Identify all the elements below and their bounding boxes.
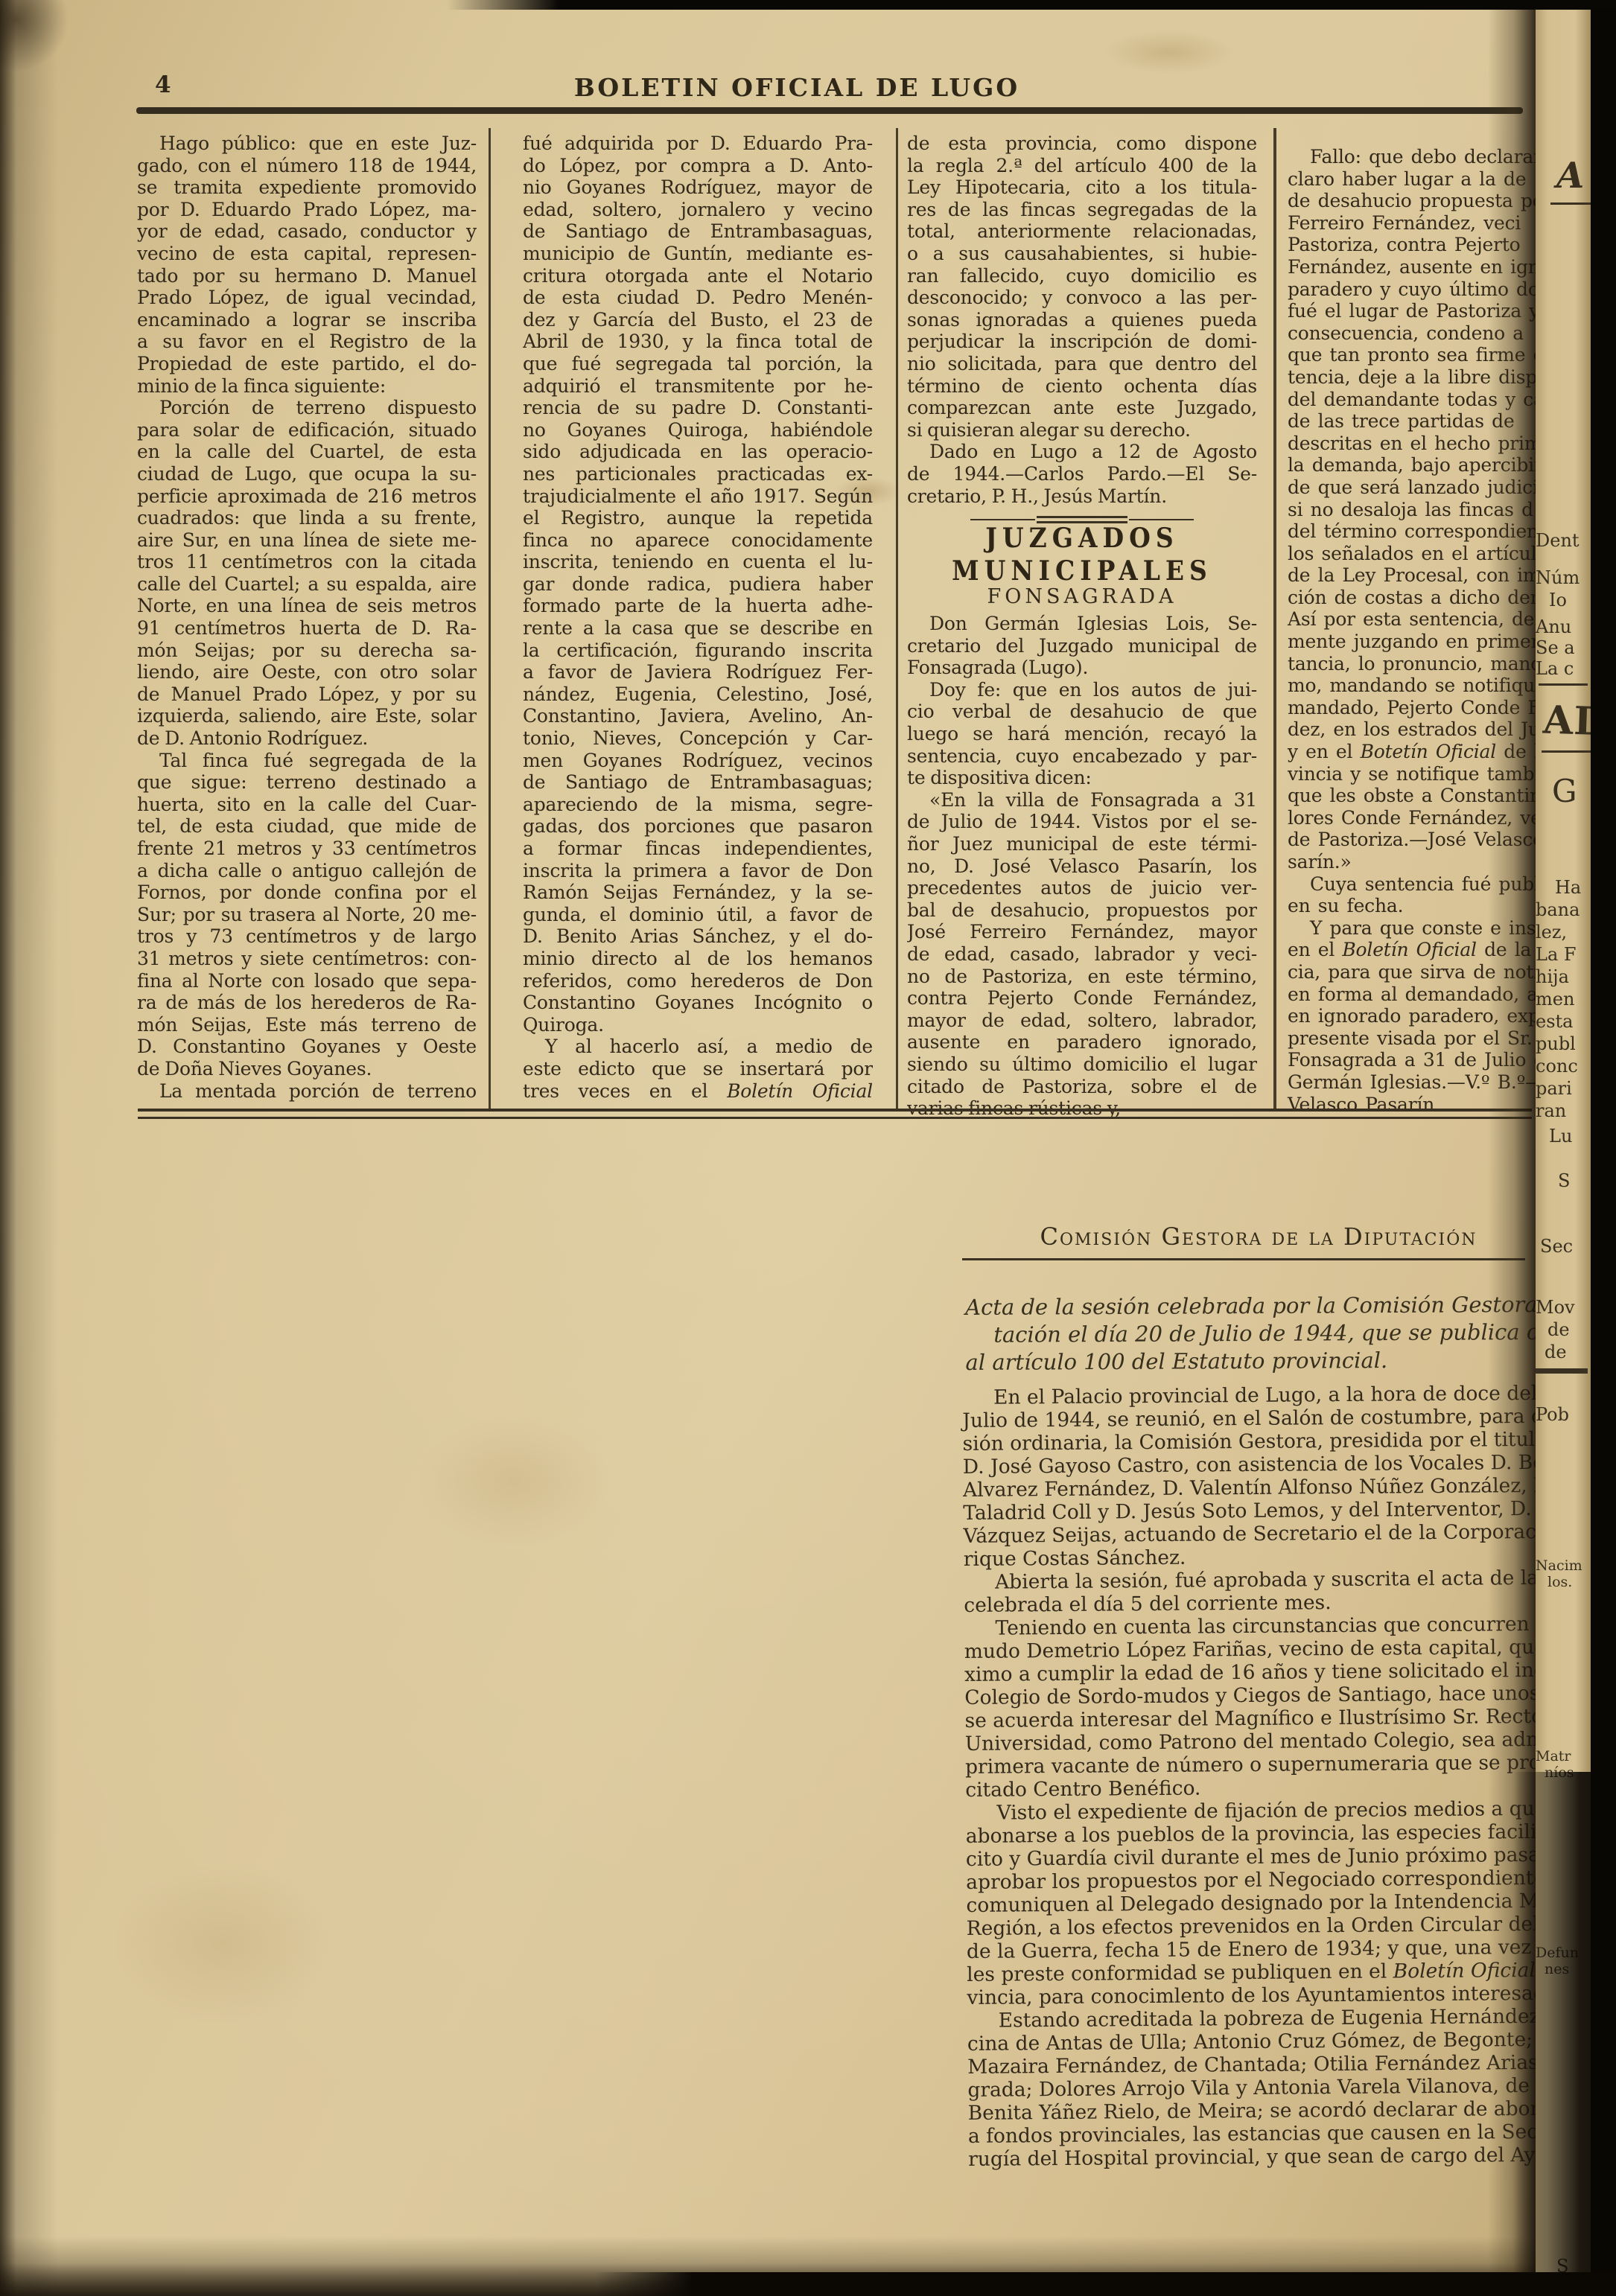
- edge-text-fragment: Se a: [1536, 637, 1575, 658]
- text-line: izquierda, saliendo, aire Este, solar: [137, 705, 477, 727]
- text-line: siendo su último domicilio el lugar: [907, 1053, 1257, 1076]
- edge-text-fragment: Nacim: [1536, 1557, 1582, 1574]
- text-line: adquirió el transmitente por he-: [523, 375, 873, 398]
- text-line: dez y García del Busto, el 23 de: [523, 309, 873, 331]
- text-line: yor de edad, casado, conductor y: [137, 220, 477, 243]
- column-2: fué adquirida por D. Eduardo Pra-do Lópe…: [523, 133, 873, 1102]
- text-line: de esta ciudad D. Pedro Menén-: [523, 287, 873, 309]
- edge-rule-fragment: [1539, 683, 1588, 686]
- text-line: o a sus causahabientes, si hubie-: [907, 243, 1257, 265]
- edge-text-fragment: de: [1547, 1319, 1570, 1340]
- text-line: edad, soltero, jornalero y vecino: [523, 199, 873, 221]
- text-line: de D. Antonio Rodríguez.: [137, 727, 477, 750]
- edge-text-fragment: esta: [1536, 1011, 1573, 1032]
- text-line: por D. Eduardo Prado López, ma-: [137, 199, 477, 221]
- edge-text-fragment: pari: [1536, 1078, 1572, 1099]
- text-line: D. Constantino Goyanes y Oeste: [137, 1036, 477, 1058]
- text-line: món Seijas; por su derecha sa-: [137, 640, 477, 662]
- text-line: 31 metros y siete centímetros: con-: [137, 948, 477, 970]
- text-line: sentencia, cuyo encabezado y par-: [907, 745, 1257, 768]
- text-line: Abril de 1930, y la finca total de: [523, 331, 873, 353]
- edge-text-fragment: Ha: [1555, 877, 1581, 898]
- text-line: tado por su hermano D. Manuel: [137, 265, 477, 287]
- paper-stain: [112, 1861, 335, 2025]
- text-line: la regla 2.ª del artículo 400 de la: [907, 155, 1257, 177]
- text-line: fina al Norte con losado que sepa-: [137, 970, 477, 992]
- text-line: gadas, dos porciones que pasaron: [523, 815, 873, 838]
- text-line: Fornos, por donde confina por el: [137, 881, 477, 904]
- text-line: el Registro, aunque la repetida: [523, 507, 873, 529]
- section-end-rule: [138, 1109, 1532, 1112]
- text-line: Y al hacerlo así, a medio de: [523, 1036, 873, 1058]
- text-line: a dicha calle o antiguo callejón de: [137, 860, 477, 882]
- text-line: inscrita, teniendo en cuenta el lu-: [523, 551, 873, 573]
- text-line: minio directo al de los hemanos: [523, 948, 873, 970]
- text-line: men Goyanes Rodríguez, vecinos: [523, 750, 873, 772]
- text-line: Constantino, Javiera, Avelino, An-: [523, 705, 873, 727]
- text-line: Fonsagrada (Lugo).: [907, 657, 1257, 679]
- edge-rule-fragment: [1542, 750, 1591, 753]
- scan-edge-bottom: [596, 2272, 1616, 2296]
- edge-text-fragment: Pob: [1536, 1404, 1569, 1425]
- text-line: nández, Eugenia, Celestino, José,: [523, 683, 873, 706]
- text-line: minio de la finca siguiente:: [137, 375, 477, 398]
- section-end-rule: [138, 1117, 1532, 1119]
- text-line: este edicto que se insertará por: [523, 1058, 873, 1080]
- edge-text-fragment: G: [1552, 773, 1577, 809]
- text-line: no de Pastoriza, en este término,: [907, 966, 1257, 988]
- edge-text-fragment: Io: [1549, 590, 1567, 610]
- text-line: encaminado a lograr se inscriba: [137, 309, 477, 331]
- scanned-bulletin-page: 4 BOLETIN OFICIAL DE LUGO Hago público: …: [0, 0, 1616, 2296]
- edge-text-fragment: lez,: [1536, 922, 1567, 943]
- text-line: vecino de esta capital, represen-: [137, 243, 477, 265]
- text-line: gado, con el número 118 de 1944,: [137, 155, 477, 177]
- column-divider-rule: [489, 128, 491, 1109]
- text-line: Constantino Goyanes Incógnito o: [523, 992, 873, 1014]
- text-line: Don Germán Iglesias Lois, Se-: [907, 613, 1257, 635]
- text-line: finca no aparece conocidamente: [523, 529, 873, 552]
- text-line: bal de desahucio, propuestos por: [907, 899, 1257, 922]
- gestora-heading-rule: [962, 1258, 1525, 1260]
- edge-text-fragment: Dent: [1536, 530, 1580, 551]
- text-line: apareciendo de la misma, segre-: [523, 794, 873, 816]
- text-line: tonio, Nieves, Concepción y Car-: [523, 727, 873, 750]
- edge-text-fragment: La c: [1536, 658, 1574, 679]
- text-line: Ramón Seijas Fernández, y la se-: [523, 881, 873, 904]
- text-line: cretario, P. H., Jesús Martín.: [907, 485, 1257, 508]
- edge-text-fragment: Sec: [1540, 1236, 1573, 1257]
- page-number: 4: [155, 71, 171, 98]
- text-line: se tramita expediente promovido: [137, 176, 477, 199]
- edge-text-fragment: ran: [1536, 1100, 1566, 1121]
- text-line: sonas ignoradas a quienes pueda: [907, 309, 1257, 331]
- text-line: món Seijas, Este más terreno de: [137, 1014, 477, 1036]
- text-line: critura otorgada ante el Notario: [523, 265, 873, 287]
- text-line: precedentes autos de juicio ver-: [907, 877, 1257, 899]
- text-line: Tal finca fué segregada de la: [137, 750, 477, 772]
- text-line: tros 11 centímetros con la citada: [137, 551, 477, 573]
- text-line: formado parte de la huerta adhe-: [523, 595, 873, 617]
- text-line: comparezcan ante este Juzgado,: [907, 397, 1257, 419]
- text-line: rente a la casa que se describe en: [523, 617, 873, 640]
- text-line: Sur; por su trasera al Norte, 20 me-: [137, 904, 477, 926]
- column-1: Hago público: que en este Juz-gado, con …: [137, 133, 477, 1102]
- paper-stain: [1102, 30, 1236, 74]
- edge-text-fragment: conc: [1536, 1056, 1578, 1077]
- text-line: Ley Hipotecaria, cito a los titula-: [907, 176, 1257, 199]
- text-line: Dado en Lugo a 12 de Agosto: [907, 441, 1257, 463]
- text-line: nes particionales practicadas ex-: [523, 463, 873, 485]
- text-line: de Santiago de Entrambasaguas,: [523, 220, 873, 243]
- text-line: contra Pejerto Conde Fernández,: [907, 987, 1257, 1010]
- edge-text-fragment: publ: [1536, 1033, 1576, 1054]
- text-line: tel, de esta ciudad, que mide de: [137, 815, 477, 838]
- text-line: de Santiago de Entrambasaguas;: [523, 771, 873, 794]
- text-line-left: Velasco Pasarín.: [1288, 1094, 1440, 1116]
- page-title: BOLETIN OFICIAL DE LUGO: [313, 73, 1281, 102]
- text-line: luego se hará mención, recayó la: [907, 723, 1257, 745]
- text-line: tres veces en el Boletín Oficial: [523, 1080, 873, 1103]
- text-line: gar donde radica, pudiera haber: [523, 573, 873, 596]
- text-line: cuadrados: que linda a su frente,: [137, 507, 477, 529]
- text-line: sido adjudicada en las operacio-: [523, 441, 873, 463]
- section-subheading: FONSAGRADA: [907, 584, 1257, 610]
- text-line: rencia de su padre D. Constanti-: [523, 397, 873, 419]
- text-line: tros y 73 centímetros y de largo: [137, 925, 477, 948]
- text-line: municipio de Guntín, mediante es-: [523, 243, 873, 265]
- text-line: ra de más de los herederos de Ra-: [137, 992, 477, 1014]
- text-line: término de ciento ochenta días: [907, 375, 1257, 398]
- text-line: total, anteriormente relacionadas,: [907, 220, 1257, 243]
- text-line: trajudicialmente el año 1917. Según: [523, 485, 873, 508]
- scan-edge-black: [1591, 0, 1616, 2296]
- text-line: «En la villa de Fonsagrada a 31: [907, 789, 1257, 811]
- text-line: citado de Pastoriza, sobre el de: [907, 1076, 1257, 1098]
- edge-text-fragment: hija: [1536, 966, 1569, 987]
- text-line: Hago público: que en este Juz-: [137, 133, 477, 155]
- text-line: Doy fe: que en los autos de jui-: [907, 679, 1257, 701]
- text-line: a formar fincas independientes,: [523, 838, 873, 860]
- column-divider-rule: [1273, 128, 1276, 1109]
- text-line: Propiedad de este partido, el do-: [137, 353, 477, 375]
- edge-text-fragment: Núm: [1536, 567, 1580, 588]
- edge-text-fragment: Anu: [1536, 616, 1571, 637]
- text-line: no, D. José Velasco Pasarín, los: [907, 855, 1257, 878]
- edge-text-fragment: los.: [1547, 1574, 1572, 1590]
- column-divider-rule: [896, 128, 898, 1109]
- text-line: ran fallecido, cuyo domicilio es: [907, 265, 1257, 287]
- edge-text-fragment: Matr: [1536, 1748, 1571, 1764]
- divider-thin-line: [1129, 519, 1194, 520]
- text-line: que sigue: terreno destinado a: [137, 771, 477, 794]
- text-line: Porción de terreno dispuesto: [137, 397, 477, 419]
- text-line: de esta provincia, como dispone: [907, 133, 1257, 155]
- text-line: perjudicar la inscripción de domi-: [907, 331, 1257, 353]
- text-line: mayor de edad, soltero, labrador,: [907, 1010, 1257, 1032]
- text-line: te dispositiva dicen:: [907, 767, 1257, 789]
- text-line: D. Benito Arias Sánchez, y el do-: [523, 925, 873, 948]
- edge-text-fragment: A: [1556, 155, 1584, 197]
- text-line: a favor de Javiera Rodríguez Fer-: [523, 661, 873, 683]
- text-line: si quisieran alegar su derecho.: [907, 419, 1257, 441]
- text-line: perficie aproximada de 216 metros: [137, 485, 477, 508]
- text-line: Norte, en una línea de seis metros: [137, 595, 477, 617]
- text-line: para solar de edificación, situado: [137, 419, 477, 441]
- text-line: que fué segregada tal porción, la: [523, 353, 873, 375]
- text-line: huerta, sito en la calle del Cuar-: [137, 794, 477, 816]
- text-line: ausente en paradero ignorado,: [907, 1031, 1257, 1053]
- text-line: nio Goyanes Rodríguez, mayor de: [523, 176, 873, 199]
- text-line: de Doña Nieves Goyanes.: [137, 1058, 477, 1080]
- text-line: José Ferreiro Fernández, mayor: [907, 921, 1257, 943]
- text-line: fué adquirida por D. Eduardo Pra-: [523, 133, 873, 155]
- text-line: en la calle del Cuartel, de esta: [137, 441, 477, 463]
- text-line: inscrita la primera a favor de Don: [523, 860, 873, 882]
- text-line: no Goyanes Quiroga, habiéndole: [523, 419, 873, 441]
- scan-edge-top: [447, 0, 1616, 10]
- text-line: res de las fincas segregadas de la: [907, 199, 1257, 221]
- gestora-heading: Comisión Gestora de la Diputación: [998, 1222, 1519, 1251]
- text-line: liendo, aire Oeste, con otro solar: [137, 661, 477, 683]
- text-line: referidos, como herederos de Don: [523, 970, 873, 992]
- text-line: ñor Juez municipal de este térmi-: [907, 833, 1257, 855]
- edge-text-fragment: de: [1545, 1342, 1567, 1362]
- column-3: de esta provincia, como disponela regla …: [907, 133, 1257, 1120]
- text-line: cio verbal de desahucio de que: [907, 701, 1257, 723]
- section-heading: JUZGADOS MUNICIPALES: [907, 522, 1257, 587]
- header-rule: [136, 107, 1523, 114]
- text-line: aire Sur, en una línea de siete me-: [137, 529, 477, 552]
- edge-text-fragment: bana: [1536, 899, 1580, 920]
- text-line: La mentada porción de terreno: [137, 1080, 477, 1103]
- text-line: Quiroga.: [523, 1014, 873, 1036]
- text-line: 91 centímetros huerta de D. Ra-: [137, 617, 477, 640]
- text-line: la certificación, figurando inscrita: [523, 640, 873, 662]
- text-line: de 1944.—Carlos Pardo.—El Se-: [907, 463, 1257, 485]
- edge-rule-fragment: [1536, 1368, 1588, 1374]
- text-line: Prado López, de igual vecindad,: [137, 287, 477, 309]
- text-line: frente 21 metros y 33 centímetros: [137, 838, 477, 860]
- text-line: de Manuel Prado López, y por su: [137, 683, 477, 706]
- text-line: ciudad de Lugo, que ocupa la su-: [137, 463, 477, 485]
- text-line: a su favor en el Registro de la: [137, 331, 477, 353]
- text-line: de edad, casado, labrador y veci-: [907, 943, 1257, 966]
- text-line: de Julio de 1944. Vistos por el se-: [907, 811, 1257, 833]
- edge-text-fragment: Mov: [1536, 1297, 1575, 1318]
- paper-stain: [417, 1415, 611, 1549]
- text-line: cretario del Juzgado municipal de: [907, 635, 1257, 657]
- edge-text-fragment: La F: [1536, 944, 1577, 965]
- text-line: do López, por compra a D. Anto-: [523, 155, 873, 177]
- divider-thin-line: [970, 519, 1035, 520]
- edge-text-fragment: Lu: [1549, 1126, 1572, 1147]
- text-line: desconocido; y convoco a las per-: [907, 287, 1257, 309]
- edge-text-fragment: men: [1536, 989, 1574, 1010]
- text-line: nio solicitada, para que dentro del: [907, 353, 1257, 375]
- text-line: gunda, el dominio útil, a favor de: [523, 904, 873, 926]
- edge-text-fragment: S: [1558, 1170, 1570, 1191]
- text-line: calle del Cuartel; a su espalda, aire: [137, 573, 477, 596]
